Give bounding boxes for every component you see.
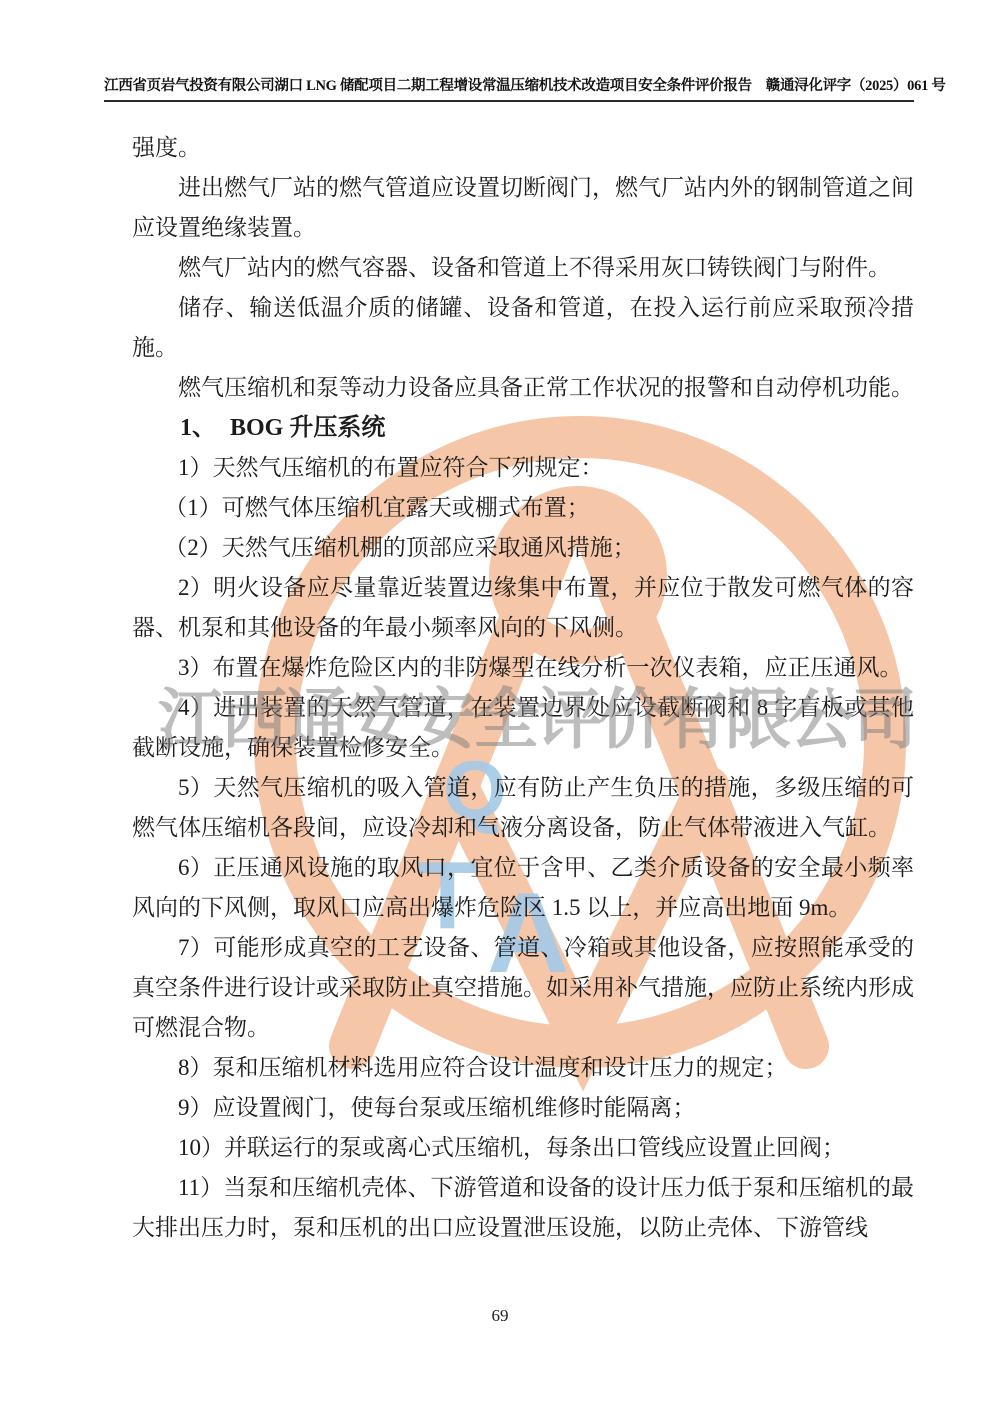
paragraph: 强度。 — [132, 128, 914, 168]
paragraph: 6）正压通风设施的取风口，宜位于含甲、乙类介质设备的安全最小频率风向的下风侧，取… — [132, 848, 914, 928]
header-doc-number: 赣通浔化评字（2025）061 号 — [766, 74, 946, 95]
paragraph: （1）可燃气体压缩机宜露天或棚式布置； — [132, 488, 914, 528]
document-page: 江西省页岩气投资有限公司湖口 LNG 储配项目二期工程增设常温压缩机技术改造项目… — [0, 0, 1000, 1414]
page-number: 69 — [0, 1306, 1000, 1326]
paragraph: 9）应设置阀门，使每台泵或压缩机维修时能隔离； — [132, 1088, 914, 1128]
section-title: BOG 升压系统 — [230, 415, 385, 441]
paragraph: 11）当泵和压缩机壳体、下游管道和设备的设计压力低于泵和压缩机的最大排出压力时，… — [132, 1168, 914, 1248]
section-number: 1、 — [180, 415, 216, 441]
paragraph: 燃气厂站内的燃气容器、设备和管道上不得采用灰口铸铁阀门与附件。 — [132, 248, 914, 288]
section-heading: 1、BOG 升压系统 — [132, 408, 914, 448]
paragraph: 8）泵和压缩机材料选用应符合设计温度和设计压力的规定； — [132, 1048, 914, 1088]
page-header: 江西省页岩气投资有限公司湖口 LNG 储配项目二期工程增设常温压缩机技术改造项目… — [104, 74, 914, 102]
header-report-title: 江西省页岩气投资有限公司湖口 LNG 储配项目二期工程增设常温压缩机技术改造项目… — [104, 74, 752, 95]
paragraph: 7）可能形成真空的工艺设备、管道、冷箱或其他设备，应按照能承受的真空条件进行设计… — [132, 928, 914, 1048]
paragraph: 进出燃气厂站的燃气管道应设置切断阀门，燃气厂站内外的钢制管道之间应设置绝缘装置。 — [132, 168, 914, 248]
paragraph: 5）天然气压缩机的吸入管道，应有防止产生负压的措施，多级压缩的可燃气体压缩机各段… — [132, 768, 914, 848]
paragraph: 燃气压缩机和泵等动力设备应具备正常工作状况的报警和自动停机功能。 — [132, 368, 914, 408]
watermark-company-text: 江西通安安全评价有限公司 — [158, 666, 914, 761]
paragraph: 储存、输送低温介质的储罐、设备和管道，在投入运行前应采取预冷措施。 — [132, 288, 914, 368]
paragraph: 1）天然气压缩机的布置应符合下列规定： — [132, 448, 914, 488]
paragraph: （2）天然气压缩机棚的顶部应采取通风措施； — [132, 528, 914, 568]
paragraph: 2）明火设备应尽量靠近装置边缘集中布置，并应位于散发可燃气体的容器、机泵和其他设… — [132, 568, 914, 648]
paragraph: 10）并联运行的泵或离心式压缩机，每条出口管线应设置止回阀； — [132, 1128, 914, 1168]
